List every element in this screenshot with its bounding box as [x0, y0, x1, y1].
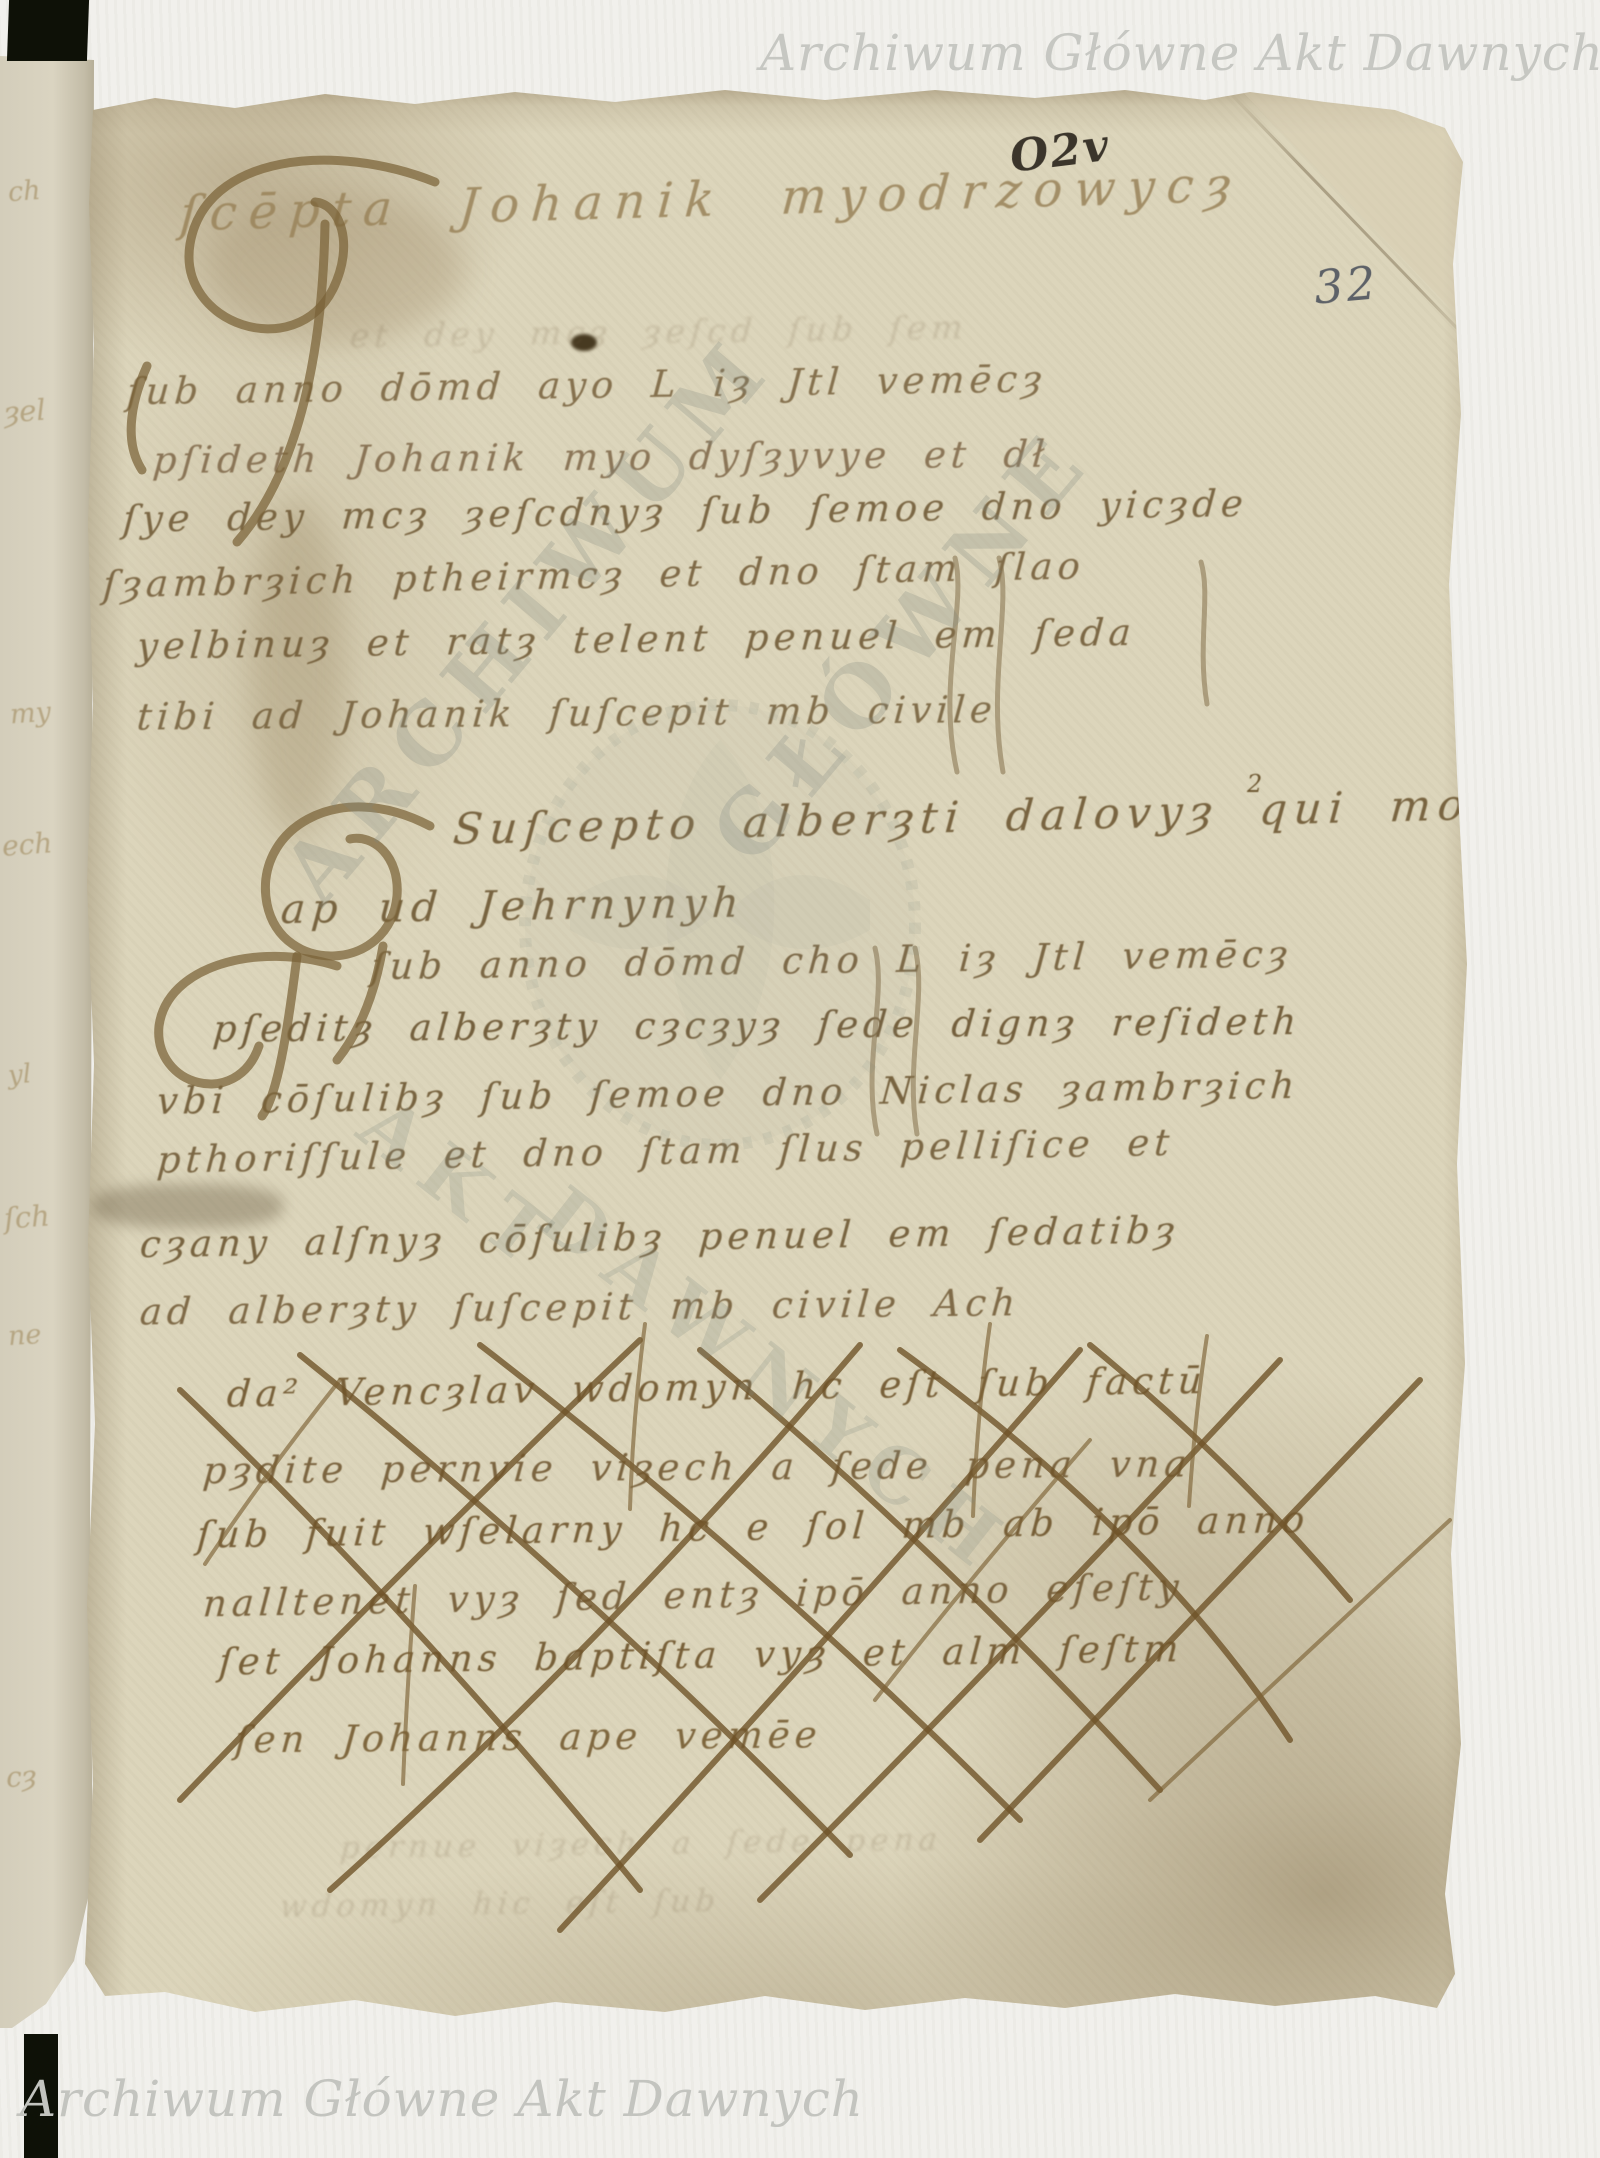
margin-fragment: ȝel	[3, 393, 47, 430]
margin-fragment: ech	[1, 826, 53, 862]
margin-fragment: cȝ	[5, 1759, 38, 1794]
binding-mark-top-left	[7, 0, 89, 61]
margin-fragment: ne	[7, 1319, 42, 1352]
archive-watermark-bottom: Archiwum Główne Akt Dawnych	[20, 2070, 864, 2128]
margin-fragment: my	[9, 697, 52, 731]
manuscript-scan-page: ch ȝel my ech yl ſch ne cȝ	[0, 0, 1600, 2158]
archive-watermark-top: Archiwum Główne Akt Dawnych	[760, 24, 1600, 82]
margin-fragment: ch	[7, 175, 42, 208]
cancellation-hatching	[85, 84, 1477, 2030]
margin-fragment: yl	[7, 1059, 32, 1091]
margin-fragment: ſch	[3, 1198, 51, 1235]
previous-page-edge: ch ȝel my ech yl ſch ne cȝ	[0, 56, 96, 2034]
folio-number-pencil: 32	[1312, 255, 1381, 314]
parchment-page: ſcēpta Johanik myodrzowycȝ et dey mcȝ ȝe…	[85, 84, 1477, 2030]
